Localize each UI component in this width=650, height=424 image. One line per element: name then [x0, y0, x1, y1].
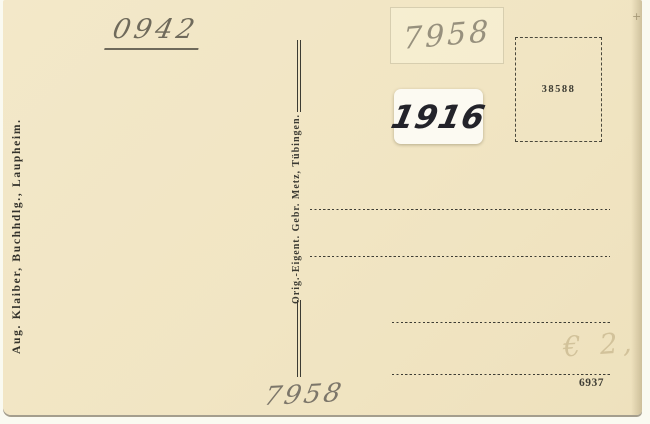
catalog-number-bottom: 7958 [262, 378, 347, 412]
price-pencil-faint: € 2, [562, 325, 638, 363]
publisher-imprint-left: Aug. Klaiber, Buchhdlg., Laupheim. [11, 118, 23, 354]
year-ink: 1916 [388, 98, 489, 136]
publisher-imprint-center: Orig.-Eigent. Gebr. Metz, Tübingen. [291, 114, 302, 304]
address-line-1 [310, 209, 610, 210]
print-number: 6937 [579, 377, 604, 389]
stamp-box: 38588 [515, 37, 602, 142]
address-line-2 [310, 256, 610, 257]
year-sticker: 1916 [394, 89, 483, 144]
stamp-box-number: 38588 [542, 84, 576, 95]
address-line-4 [392, 374, 610, 375]
postcard-back: 0942 7958 1916 38588 Orig.-Eigent. Gebr.… [3, 0, 642, 415]
divider-rule-bottom [297, 300, 301, 377]
address-line-3 [392, 322, 610, 323]
inventory-number-handwritten: 0942 [104, 14, 206, 50]
corner-registration-mark: + [632, 10, 641, 23]
divider-rule-top [297, 40, 301, 112]
catalog-number-pencil: 7958 [403, 14, 492, 57]
catalog-sticker-ghost: 7958 [390, 7, 504, 64]
